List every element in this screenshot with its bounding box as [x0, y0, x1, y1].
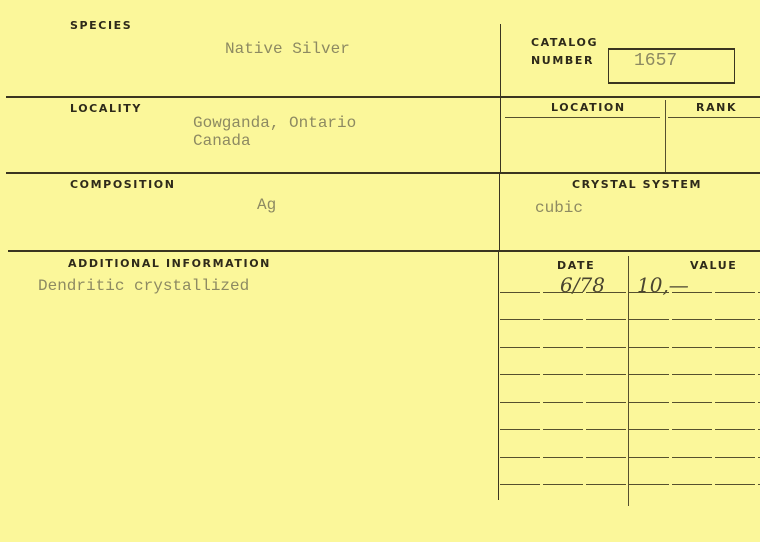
- additional-information-label: ADDITIONAL INFORMATION: [68, 257, 271, 270]
- table-row: [500, 374, 760, 375]
- locality-line1: Gowganda, Ontario: [193, 114, 356, 133]
- table-row: [500, 484, 760, 485]
- number-label: NUMBER: [531, 54, 594, 67]
- composition-label: COMPOSITION: [70, 178, 176, 191]
- location-label: LOCATION: [551, 101, 626, 114]
- table-row: [500, 347, 760, 348]
- divider: [499, 174, 500, 250]
- divider: [505, 117, 660, 118]
- catalog-label: CATALOG: [531, 36, 598, 49]
- species-label: SPECIES: [70, 19, 132, 32]
- divider: [500, 98, 501, 172]
- divider: [665, 100, 666, 172]
- history-value-1: 10,—: [637, 273, 689, 297]
- value-label: VALUE: [690, 259, 737, 272]
- locality-label: LOCALITY: [70, 102, 142, 115]
- divider: [668, 117, 760, 118]
- table-row: [500, 457, 760, 458]
- divider: [8, 250, 760, 252]
- catalog-number-value: 1657: [634, 52, 677, 71]
- history-date-1: 6/78: [560, 273, 605, 297]
- crystal-system-value: cubic: [535, 199, 583, 218]
- locality-line2: Canada: [193, 132, 251, 151]
- divider: [628, 256, 629, 506]
- table-row: [500, 429, 760, 430]
- table-row: [500, 319, 760, 320]
- divider: [6, 96, 760, 98]
- species-value: Native Silver: [225, 40, 350, 59]
- table-row: [500, 402, 760, 403]
- divider: [6, 172, 760, 174]
- specimen-card: SPECIES Native Silver CATALOG NUMBER 165…: [0, 0, 760, 542]
- divider: [498, 252, 499, 500]
- additional-information-value: Dendritic crystallized: [38, 277, 249, 296]
- crystal-system-label: CRYSTAL SYSTEM: [572, 178, 702, 191]
- rank-label: RANK: [696, 101, 737, 114]
- composition-value: Ag: [257, 196, 276, 215]
- divider: [500, 24, 501, 96]
- date-label: DATE: [557, 259, 595, 272]
- table-row: [500, 292, 760, 293]
